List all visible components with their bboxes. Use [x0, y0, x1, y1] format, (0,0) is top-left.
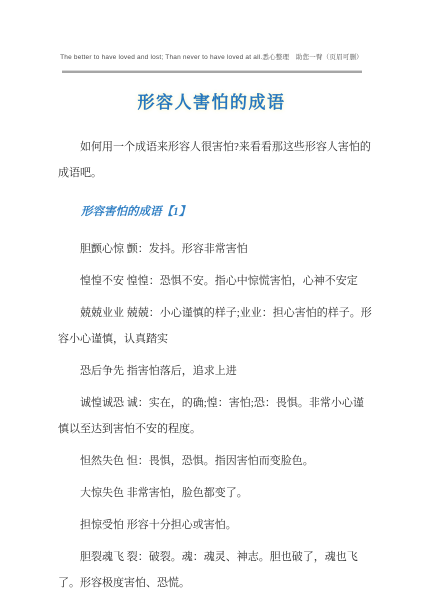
idiom-list: 胆颤心惊 颤：发抖。形容非常害怕 惶惶不安 惶惶：恐惧不安。指心中惊慌害怕，心神… [58, 236, 373, 596]
page-title: 形容人害怕的成语 [0, 88, 423, 113]
idiom-entry: 惶惶不安 惶惶：恐惧不安。指心中惊慌害怕，心神不安定 [58, 268, 373, 294]
idiom-entry: 兢兢业业 兢兢：小心谨慎的样子;业业：担心害怕的样子。形容小心谨慎，认真踏实 [58, 300, 373, 352]
header-rule [62, 70, 362, 73]
document-body: 如何用一个成语来形容人很害怕?来看看那这些形容人害怕的成语吧。 形容害怕的成语【… [0, 134, 423, 596]
intro-paragraph: 如何用一个成语来形容人很害怕?来看看那这些形容人害怕的成语吧。 [58, 134, 373, 186]
idiom-entry: 诚惶诚恐 诚：实在，的确;惶：害怕;恐：畏惧。非常小心谨慎以至达到害怕不安的程度… [58, 390, 373, 442]
idiom-entry: 大惊失色 非常害怕，脸色都变了。 [58, 480, 373, 506]
header-text: The better to have loved and lost; Than … [0, 52, 423, 61]
idiom-entry: 怛然失色 怛：畏惧，恐惧。指因害怕而变脸色。 [58, 448, 373, 474]
document-page: The better to have loved and lost; Than … [0, 0, 423, 600]
idiom-entry: 恐后争先 指害怕落后，追求上进 [58, 358, 373, 384]
idiom-entry: 胆裂魂飞 裂：破裂。魂：魂灵、神志。胆也破了，魂也飞了。形容极度害怕、恐慌。 [58, 544, 373, 596]
page-header: The better to have loved and lost; Than … [0, 0, 423, 73]
idiom-entry: 胆颤心惊 颤：发抖。形容非常害怕 [58, 236, 373, 262]
section-heading: 形容害怕的成语【1】 [58, 199, 373, 225]
idiom-entry: 担惊受怕 形容十分担心或害怕。 [58, 512, 373, 538]
